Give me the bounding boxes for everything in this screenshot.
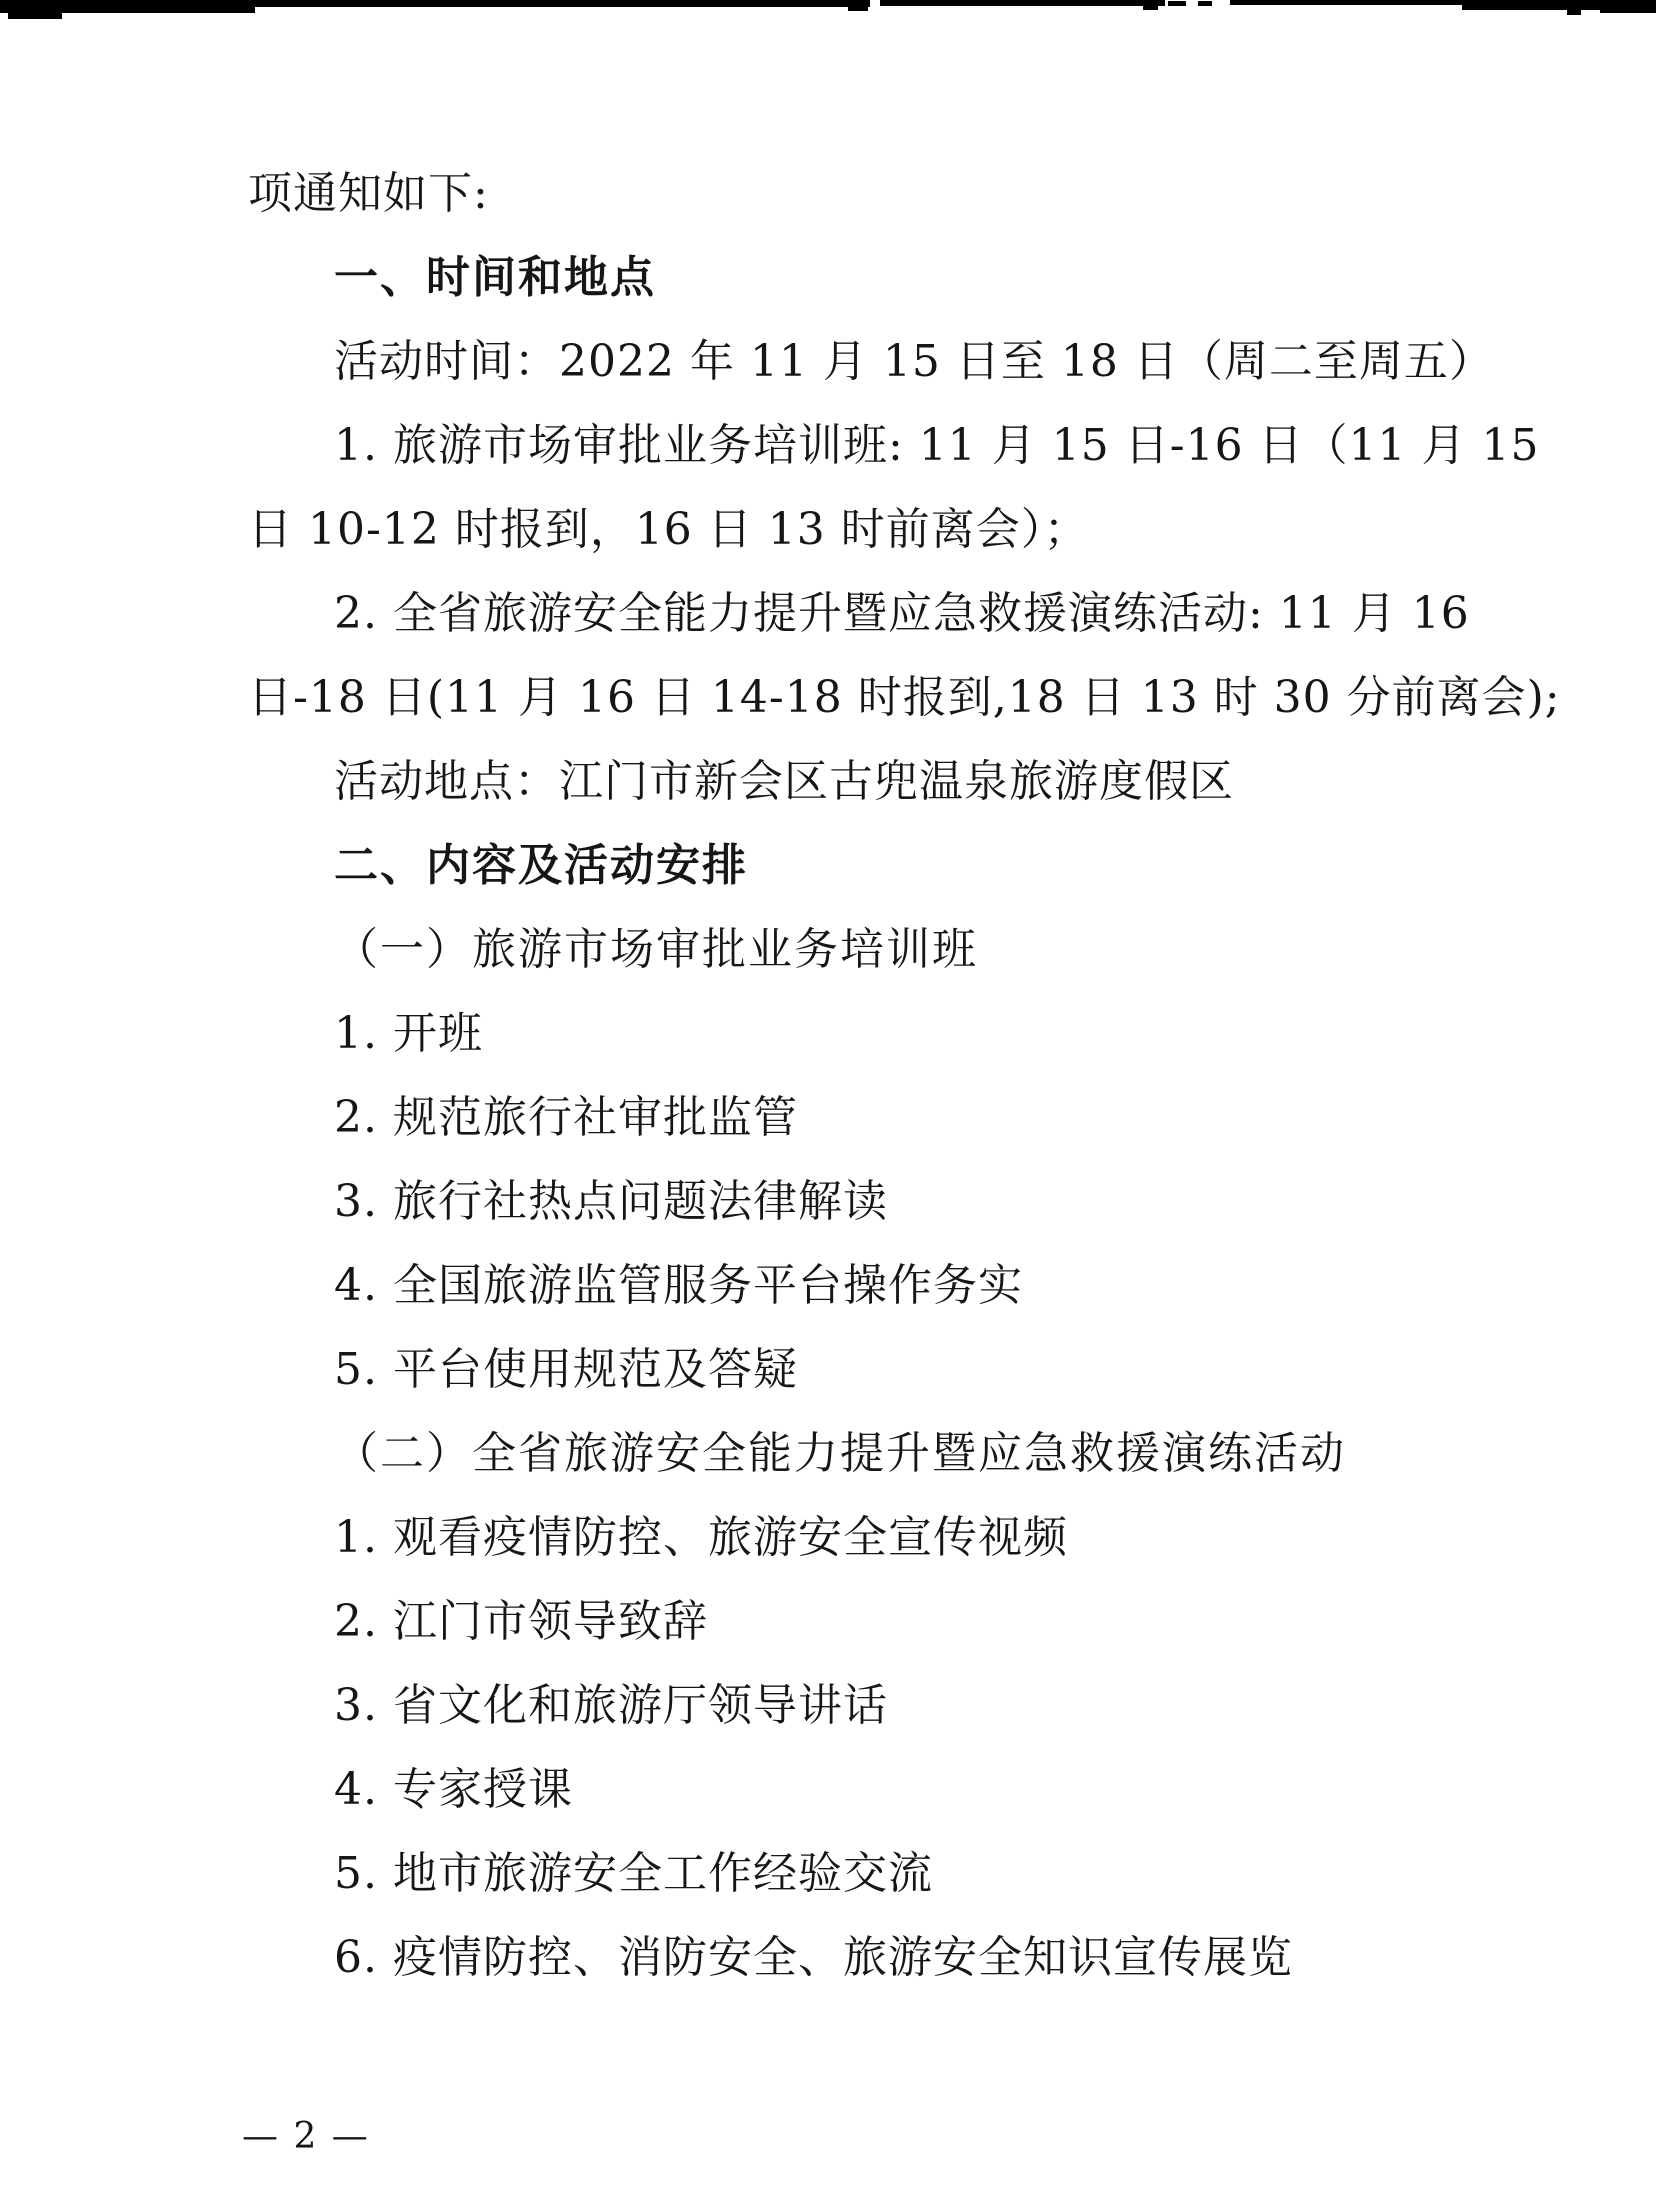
doc-line-list2-1: 1. 观看疫情防控、旅游安全宣传视频	[248, 1496, 1418, 1580]
scan-artifact-speck	[1567, 10, 1581, 15]
doc-line-list1-5: 5. 平台使用规范及答疑	[248, 1328, 1418, 1412]
doc-line-list1-1: 1. 开班	[248, 992, 1418, 1076]
doc-line-item2-cont: 日-18 日(11 月 16 日 14-18 时报到,18 日 13 时 30 …	[248, 656, 1418, 740]
scan-artifact-speck	[1168, 1, 1186, 6]
doc-line-activity-place: 活动地点：江门市新会区古兜温泉旅游度假区	[248, 740, 1418, 824]
document-body: 项通知如下: 一、时间和地点 活动时间：2022 年 11 月 15 日至 18…	[248, 152, 1418, 2000]
doc-line-list1-3: 3. 旅行社热点问题法律解读	[248, 1160, 1418, 1244]
section-heading-2: 二、内容及活动安排	[248, 824, 1418, 908]
doc-line-item1-cont: 日 10-12 时报到，16 日 13 时前离会）；	[248, 488, 1418, 572]
page-number: — 2 —	[242, 2112, 370, 2162]
scan-artifact-top-left	[0, 0, 255, 13]
scan-artifact-top-strip	[880, 0, 1165, 6]
doc-line-list1-2: 2. 规范旅行社审批监管	[248, 1076, 1418, 1160]
doc-line-list2-2: 2. 江门市领导致辞	[248, 1580, 1418, 1664]
scan-artifact-top-strip	[1230, 0, 1462, 5]
scan-artifact-speck	[1198, 1, 1212, 6]
scan-artifact-top-strip	[255, 0, 870, 7]
scan-artifact-speck	[1143, 5, 1158, 10]
doc-line-list1-4: 4. 全国旅游监管服务平台操作务实	[248, 1244, 1418, 1328]
doc-line-intro: 项通知如下:	[248, 152, 1418, 236]
doc-line-list2-6: 6. 疫情防控、消防安全、旅游安全知识宣传展览	[248, 1916, 1418, 2000]
scan-artifact-speck	[8, 13, 62, 19]
scanned-document-page: 项通知如下: 一、时间和地点 活动时间：2022 年 11 月 15 日至 18…	[0, 0, 1656, 2201]
section-heading-1: 一、时间和地点	[248, 236, 1418, 320]
doc-line-list2-4: 4. 专家授课	[248, 1748, 1418, 1832]
scan-artifact-speck	[848, 5, 868, 11]
doc-line-activity-time: 活动时间：2022 年 11 月 15 日至 18 日（周二至周五）	[248, 320, 1418, 404]
scan-artifact-top-right	[1600, 0, 1656, 13]
doc-line-item1: 1. 旅游市场审批业务培训班: 11 月 15 日-16 日（11 月 15	[248, 404, 1418, 488]
subsection-heading-2: （二）全省旅游安全能力提升暨应急救援演练活动	[248, 1412, 1418, 1496]
doc-line-list2-3: 3. 省文化和旅游厅领导讲话	[248, 1664, 1418, 1748]
subsection-heading-1: （一）旅游市场审批业务培训班	[248, 908, 1418, 992]
doc-line-list2-5: 5. 地市旅游安全工作经验交流	[248, 1832, 1418, 1916]
doc-line-item2: 2. 全省旅游安全能力提升暨应急救援演练活动: 11 月 16	[248, 572, 1418, 656]
